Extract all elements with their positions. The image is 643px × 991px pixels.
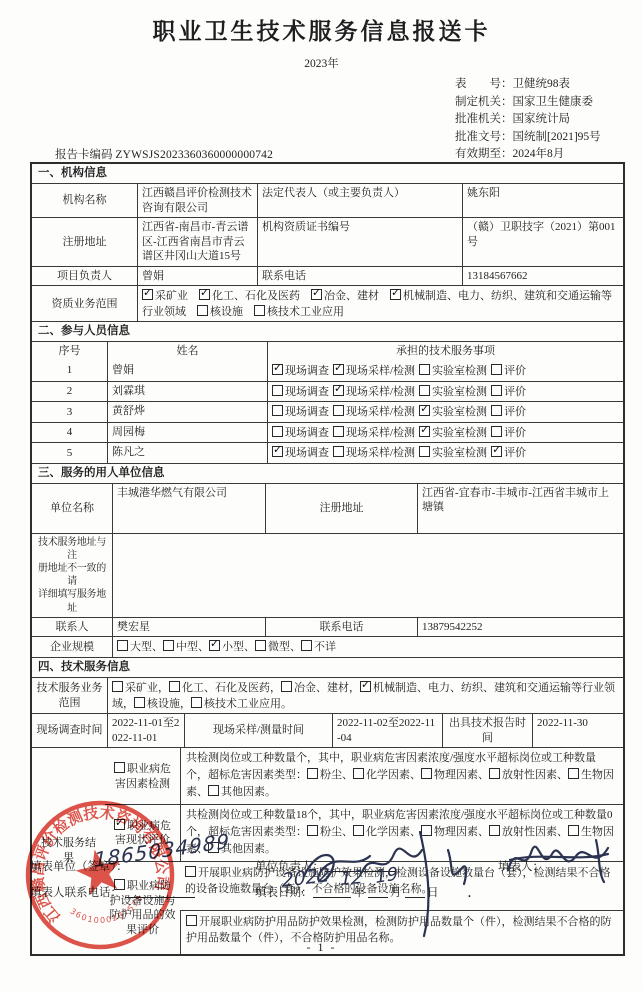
- checkbox-item: 核设施: [197, 306, 254, 318]
- meta-value: 国家统计局: [513, 111, 571, 129]
- checkbox-label: 现场采样/检测: [346, 386, 415, 398]
- org-cert-label: 机构资质证书编号: [257, 218, 462, 266]
- checkbox-item: 中型、: [163, 641, 209, 653]
- checkbox-label: 核技术工业应用: [267, 306, 344, 318]
- checkbox-checked[interactable]: [311, 289, 322, 300]
- checkbox-label: 现场采样/检测: [346, 427, 415, 439]
- checkbox-unchecked[interactable]: [489, 768, 500, 779]
- checkbox-label: 现场采样/检测: [346, 365, 415, 377]
- checkbox-item: 实验室检测: [419, 363, 487, 379]
- checkbox-label: 冶金、建材: [324, 290, 390, 302]
- checkbox-item: 实验室检测: [419, 425, 487, 441]
- client-addr-value: 江西省-宜春市-丰城市-江西省丰城市上塘镇: [417, 484, 623, 533]
- checkbox-label: 现场调查: [285, 386, 329, 398]
- checkbox-item: 现场调查: [272, 404, 329, 420]
- org-scope-label: 资质业务范围: [32, 286, 137, 321]
- checkbox-label: 采矿业，: [125, 682, 169, 694]
- checkbox-label: 微型、: [268, 641, 301, 653]
- report-card-page: 职业卫生技术服务信息报送卡 2023年 表 号：卫健统98表 制定机关：国家卫生…: [0, 0, 643, 991]
- checkbox-item: 化工、石化及医药: [199, 290, 311, 302]
- org-legal-value: 姚东阳: [462, 184, 623, 217]
- result-row2-checkbox: 职业病危害现状评价: [105, 805, 180, 861]
- staff-no: 3: [32, 402, 107, 422]
- checkbox-checked[interactable]: [209, 640, 220, 651]
- checkbox-unchecked[interactable]: [301, 640, 312, 651]
- staff-row: 4周园梅现场调查现场采样/检测实验室检测评价: [32, 422, 623, 443]
- checkbox-item: 其他因素。: [208, 843, 276, 855]
- checkbox-label: 现场调查: [285, 365, 329, 377]
- filler-phone-field[interactable]: [125, 884, 195, 898]
- checkbox-unchecked[interactable]: [491, 426, 502, 437]
- checkbox-item: 放射性因素、: [489, 769, 568, 781]
- staff-no: 5: [32, 443, 107, 463]
- report-time-label: 出具技术报告时间: [442, 714, 532, 747]
- checkbox-item: 实验室检测: [419, 445, 487, 461]
- checkbox-unchecked[interactable]: [421, 825, 432, 836]
- checkbox-item: 实验室检测: [419, 404, 487, 420]
- form-filler-label: 填表人：: [498, 858, 544, 874]
- date-year-field[interactable]: [313, 884, 351, 898]
- meta-value: 国统制[2021]95号: [513, 129, 601, 147]
- date-day-suffix: 日: [427, 884, 439, 900]
- checkbox-checked[interactable]: [419, 426, 430, 437]
- client-scale-checkboxes: 大型、中型、小型、微型、不详: [112, 637, 623, 657]
- staff-name: 黄舒烨: [107, 402, 267, 422]
- staff-tasks: 现场调查现场采样/检测实验室检测评价: [267, 382, 623, 402]
- checkbox-unchecked[interactable]: [307, 768, 318, 779]
- checkbox-item: 实验室检测: [419, 384, 487, 400]
- main-table: 一、机构信息 机构名称 江西赣昌评价检测技术咨询有限公司 法定代表人（或主要负责…: [30, 162, 625, 956]
- checkbox-label: 化工、石化及医药，: [182, 682, 281, 694]
- meta-line: 制定机关：国家卫生健康委: [455, 94, 601, 112]
- meta-line: 表 号：卫健统98表: [455, 76, 601, 94]
- staff-name: 刘霖琪: [107, 382, 267, 402]
- checkbox-unchecked[interactable]: [568, 768, 579, 779]
- stray-ink-dot: .: [468, 888, 471, 900]
- checkbox-unchecked[interactable]: [353, 768, 364, 779]
- checkbox-label: 现场调查: [285, 406, 329, 418]
- checkbox-item: 粉尘、: [307, 826, 353, 838]
- checkbox-item: 放射性因素、: [489, 826, 568, 838]
- meta-value: 卫健统98表: [513, 76, 571, 94]
- checkbox-item: 现场采样/检测: [333, 363, 415, 379]
- client-svc-addr-value[interactable]: [112, 534, 623, 617]
- checkbox-item: 物理因素、: [421, 769, 489, 781]
- checkbox-label: 现场调查: [285, 427, 329, 439]
- checkbox-item: 现场采样/检测: [333, 425, 415, 441]
- checkbox-label: 采矿业: [155, 290, 199, 302]
- checkbox-unchecked[interactable]: [353, 825, 364, 836]
- checkbox-item: 现场调查: [272, 384, 329, 400]
- checkbox-unchecked[interactable]: [489, 825, 500, 836]
- checkbox-label: 化工、石化及医药: [212, 290, 311, 302]
- checkbox-unchecked[interactable]: [208, 842, 219, 853]
- page-title: 职业卫生技术服务信息报送卡: [0, 0, 643, 46]
- checkbox-unchecked[interactable]: [419, 446, 430, 457]
- staff-row: 1曾娟现场调查现场采样/检测实验室检测评价: [32, 361, 623, 381]
- survey-time-value: 2022-11-01至2022-11-01: [107, 714, 184, 747]
- checkbox-item: 化工、石化及医药，: [169, 682, 281, 694]
- unit-head-label: 单位负责人：: [255, 858, 324, 874]
- checkbox-unchecked[interactable]: [117, 640, 128, 651]
- date-month-suffix: 月: [390, 884, 402, 900]
- checkbox-unchecked[interactable]: [491, 385, 502, 396]
- checkbox-label: 核设施: [210, 306, 254, 318]
- sampling-time-label: 现场采样/测量时间: [184, 714, 332, 747]
- checkbox-unchecked[interactable]: [333, 405, 344, 416]
- checkbox-item: 现场调查: [272, 363, 329, 379]
- checkbox-item: 微型、: [255, 641, 301, 653]
- checkbox-item: 核设施，: [134, 698, 191, 710]
- checkbox-unchecked[interactable]: [307, 825, 318, 836]
- org-addr-label: 注册地址: [32, 218, 137, 266]
- checkbox-item: 粉尘、: [307, 769, 353, 781]
- checkbox-checked[interactable]: [419, 405, 430, 416]
- report-code-value: ZYWSJS2023360360000000742: [115, 149, 273, 161]
- client-addr-label: 注册地址: [265, 484, 417, 533]
- checkbox-label: 粉尘、: [320, 826, 353, 838]
- service-scope-checkboxes: 采矿业，化工、石化及医药，冶金、建材，机械制造、电力、纺织、建筑和交通运输等行业…: [107, 678, 623, 713]
- checkbox-unchecked[interactable]: [255, 640, 266, 651]
- meta-label: 制定机关：: [455, 94, 513, 112]
- checkbox-item: 不详: [301, 641, 336, 653]
- checkbox-checked[interactable]: [199, 289, 210, 300]
- checkbox-label: 物理因素、: [434, 826, 489, 838]
- fill-date-label: 填表日期：: [255, 884, 313, 900]
- staff-no: 4: [32, 423, 107, 443]
- checkbox-checked[interactable]: [333, 385, 344, 396]
- checkbox-item: 评价: [491, 363, 526, 379]
- checkbox-unchecked[interactable]: [333, 446, 344, 457]
- checkbox-label: 冶金、建材，: [294, 682, 360, 694]
- org-addr-value: 江西省-南昌市-青云谱区-江西省南昌市青云谱区井冈山大道15号: [137, 218, 257, 266]
- org-cert-value: （赣）卫职技字（2021）第001号: [462, 218, 623, 266]
- checkbox-unchecked[interactable]: [112, 681, 123, 692]
- date-year-suffix: 年: [353, 884, 365, 900]
- staff-name: 周园梅: [107, 423, 267, 443]
- date-month-field[interactable]: [368, 884, 388, 898]
- section-org-header: 一、机构信息: [32, 164, 623, 183]
- meta-label: 批准机关：: [455, 111, 513, 129]
- section-service-header: 四、技术服务信息: [32, 658, 623, 677]
- checkbox-label: 中型、: [176, 641, 209, 653]
- staff-name: 曾娟: [107, 361, 267, 381]
- checkbox-label: 化学因素、: [366, 769, 421, 781]
- checkbox-checked[interactable]: [360, 681, 371, 692]
- checkbox-item: 职业病危害现状评价: [109, 818, 176, 848]
- form-meta-block: 表 号：卫健统98表 制定机关：国家卫生健康委 批准机关：国家统计局 批准文号：…: [455, 76, 601, 164]
- checkbox-checked[interactable]: [114, 819, 125, 830]
- result-row1-checkbox: 职业病危害因素检测: [105, 748, 180, 804]
- staff-name: 陈凡之: [107, 443, 267, 463]
- checkbox-checked[interactable]: [390, 289, 401, 300]
- checkbox-checked[interactable]: [272, 446, 283, 457]
- staff-col-tasks: 承担的技术服务事项: [267, 342, 623, 361]
- checkbox-unchecked[interactable]: [114, 762, 125, 773]
- checkbox-item: 采矿业: [142, 290, 199, 302]
- checkbox-checked[interactable]: [491, 446, 502, 457]
- client-name-value: 丰城港华燃气有限公司: [112, 484, 265, 533]
- client-contact-label: 联系人: [32, 618, 112, 637]
- client-scale-label: 企业规模: [32, 637, 112, 657]
- checkbox-label: 不详: [314, 641, 336, 653]
- org-name-label: 机构名称: [32, 184, 137, 217]
- client-name-label: 单位名称: [32, 484, 112, 533]
- checkbox-checked[interactable]: [333, 364, 344, 375]
- checkbox-item: 物理因素、: [421, 826, 489, 838]
- checkbox-unchecked[interactable]: [169, 681, 180, 692]
- org-legal-label: 法定代表人（或主要负责人）: [257, 184, 462, 217]
- client-phone-label: 联系电话: [265, 618, 417, 637]
- checkbox-item: 化学因素、: [353, 826, 421, 838]
- checkbox-unchecked[interactable]: [272, 405, 283, 416]
- checkbox-item: 现场采样/检测: [333, 404, 415, 420]
- org-pm-label: 项目负责人: [32, 267, 137, 286]
- report-time-value: 2022-11-30: [532, 714, 623, 747]
- staff-col-no: 序号: [32, 342, 107, 361]
- checkbox-label: 实验室检测: [432, 386, 487, 398]
- staff-col-name: 姓名: [107, 342, 267, 361]
- checkbox-item: 评价: [491, 445, 526, 461]
- meta-line: 批准机关：国家统计局: [455, 111, 601, 129]
- checkbox-label: 化学因素、: [366, 826, 421, 838]
- checkbox-unchecked[interactable]: [208, 785, 219, 796]
- checkbox-unchecked[interactable]: [197, 305, 208, 316]
- staff-tasks: 现场调查现场采样/检测实验室检测评价: [267, 423, 623, 443]
- sampling-time-value: 2022-11-02至2022-11-04: [332, 714, 442, 747]
- checkbox-item: 其他因素。: [208, 786, 276, 798]
- checkbox-item: 采矿业，: [112, 682, 169, 694]
- checkbox-unchecked[interactable]: [421, 768, 432, 779]
- footer: 填表单位（签章）： 单位负责人： 填表人： 填表人联系电话： 填表日期： 年 月…: [30, 854, 621, 924]
- checkbox-label: 物理因素、: [434, 769, 489, 781]
- staff-tasks: 现场调查现场采样/检测实验室检测评价: [267, 402, 623, 422]
- checkbox-label: 放射性因素、: [502, 826, 568, 838]
- checkbox-item: 评价: [491, 425, 526, 441]
- checkbox-label: 核设施，: [147, 698, 191, 710]
- checkbox-unchecked[interactable]: [272, 385, 283, 396]
- checkbox-unchecked[interactable]: [419, 364, 430, 375]
- org-phone-value: 13184567662: [462, 267, 623, 286]
- org-scope-checkboxes: 采矿业 化工、石化及医药 冶金、建材 机械制造、电力、纺织、建筑和交通运输等行业…: [137, 286, 623, 321]
- meta-line: 批准文号：国统制[2021]95号: [455, 129, 601, 147]
- checkbox-unchecked[interactable]: [281, 681, 292, 692]
- unit-head-signature-field[interactable]: [325, 858, 395, 872]
- checkbox-label: 现场采样/检测: [346, 447, 415, 459]
- page-number: - 1 -: [0, 940, 643, 955]
- checkbox-label: 评价: [504, 386, 526, 398]
- survey-time-label: 现场调查时间: [32, 714, 107, 747]
- client-phone-value: 13879542252: [417, 618, 623, 637]
- checkbox-label: 大型、: [130, 641, 163, 653]
- client-contact-value: 樊宏星: [112, 618, 265, 637]
- checkbox-label: 评价: [504, 427, 526, 439]
- checkbox-unchecked[interactable]: [254, 305, 265, 316]
- report-code-line: 报告卡编码 ZYWSJS2023360360000000742: [55, 146, 273, 162]
- checkbox-label: 放射性因素、: [502, 769, 568, 781]
- service-scope-label: 技术服务业务范围: [32, 678, 107, 713]
- staff-row: 5陈凡之现场调查现场采样/检测实验室检测评价: [32, 442, 623, 463]
- checkbox-item: 大型、: [117, 641, 163, 653]
- section-client-header: 三、服务的用人单位信息: [32, 464, 623, 483]
- checkbox-item: 现场调查: [272, 425, 329, 441]
- checkbox-item: 冶金、建材: [311, 290, 390, 302]
- checkbox-label: 实验室检测: [432, 365, 487, 377]
- meta-label: 批准文号：: [455, 129, 513, 147]
- checkbox-unchecked[interactable]: [491, 405, 502, 416]
- result-row2-desc: 共检测岗位或工种数量18个，其中，职业病危害因素浓度/强度水平超标岗位或工种数量…: [180, 805, 623, 861]
- checkbox-checked[interactable]: [272, 364, 283, 375]
- meta-value: 国家卫生健康委: [513, 94, 594, 112]
- checkbox-checked[interactable]: [142, 289, 153, 300]
- client-svc-addr-label: 技术服务地址与注 册地址不一致的请 详细填写服务地址: [32, 534, 112, 617]
- staff-rows: 1曾娟现场调查现场采样/检测实验室检测评价2刘霖琪现场调查现场采样/检测实验室检…: [32, 361, 623, 463]
- checkbox-label: 现场调查: [285, 447, 329, 459]
- result-row1-desc: 共检测岗位或工种数量个，其中，职业病危害因素浓度/强度水平超标岗位或工种数量个，…: [180, 748, 623, 804]
- doc-year: 2023年: [0, 55, 643, 71]
- checkbox-item: 核技术工业应用。: [191, 698, 292, 710]
- checkbox-unchecked[interactable]: [333, 426, 344, 437]
- checkbox-unchecked[interactable]: [491, 364, 502, 375]
- meta-label: 表 号：: [455, 76, 513, 94]
- checkbox-label: 实验室检测: [432, 406, 487, 418]
- checkbox-label: 评价: [504, 406, 526, 418]
- checkbox-unchecked[interactable]: [568, 825, 579, 836]
- checkbox-item: 现场调查: [272, 445, 329, 461]
- staff-tasks: 现场调查现场采样/检测实验室检测评价: [267, 443, 623, 463]
- section-staff-header: 二、参与人员信息: [32, 322, 623, 341]
- org-pm-value: 曾娟: [137, 267, 257, 286]
- staff-no: 2: [32, 382, 107, 402]
- filler-phone-label: 填表人联系电话：: [30, 884, 122, 900]
- checkbox-label: 评价: [504, 365, 526, 377]
- checkbox-label: 现场采样/检测: [346, 406, 415, 418]
- org-name-value: 江西赣昌评价检测技术咨询有限公司: [137, 184, 257, 217]
- staff-tasks: 现场调查现场采样/检测实验室检测评价: [267, 361, 623, 381]
- checkbox-unchecked[interactable]: [272, 426, 283, 437]
- checkbox-unchecked[interactable]: [163, 640, 174, 651]
- checkbox-label: 粉尘、: [320, 769, 353, 781]
- checkbox-item: 现场采样/检测: [333, 445, 415, 461]
- staff-no: 1: [32, 361, 107, 381]
- staff-row: 2刘霖琪现场调查现场采样/检测实验室检测评价: [32, 381, 623, 402]
- checkbox-item: 职业病危害因素检测: [109, 761, 176, 791]
- checkbox-label: 实验室检测: [432, 427, 487, 439]
- checkbox-label: 小型、: [222, 641, 255, 653]
- checkbox-item: 评价: [491, 384, 526, 400]
- staff-row: 3黄舒烨现场调查现场采样/检测实验室检测评价: [32, 401, 623, 422]
- checkbox-item: 核技术工业应用: [254, 306, 344, 318]
- checkbox-unchecked[interactable]: [134, 697, 145, 708]
- org-phone-label: 联系电话: [257, 267, 462, 286]
- checkbox-label: 其他因素。: [221, 786, 276, 798]
- checkbox-item: 现场采样/检测: [333, 384, 415, 400]
- report-code-label: 报告卡编码: [55, 149, 113, 161]
- date-day-field[interactable]: [405, 884, 425, 898]
- checkbox-unchecked[interactable]: [191, 697, 202, 708]
- checkbox-label: 实验室检测: [432, 447, 487, 459]
- checkbox-label: 其他因素。: [221, 843, 276, 855]
- checkbox-label: 核技术工业应用。: [204, 698, 292, 710]
- checkbox-item: 小型、: [209, 641, 255, 653]
- checkbox-unchecked[interactable]: [419, 385, 430, 396]
- checkbox-item: 冶金、建材，: [281, 682, 360, 694]
- fill-unit-label: 填表单位（签章）：: [30, 858, 128, 874]
- checkbox-item: 化学因素、: [353, 769, 421, 781]
- checkbox-item: 评价: [491, 404, 526, 420]
- checkbox-label: 评价: [504, 447, 526, 459]
